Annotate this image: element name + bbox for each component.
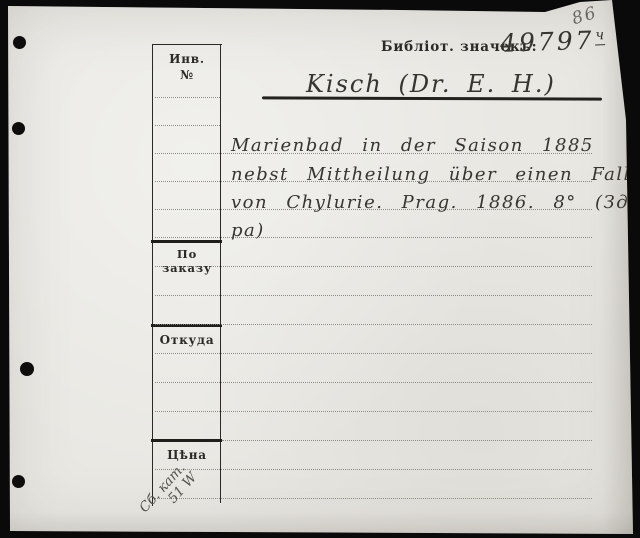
column-right-border: [220, 44, 221, 503]
ruled-line: [155, 411, 592, 412]
entry-line: ра): [231, 220, 265, 241]
column-divider: [151, 439, 222, 442]
ruled-line: [155, 125, 220, 126]
ruled-line: [155, 181, 592, 182]
entry-line: Marienbad in der Saison 1885: [231, 135, 594, 156]
origin-label: Откуда: [152, 333, 222, 347]
catalog-card: Инв. № По заказу Откуда Цѣна Библіот. зн…: [0, 0, 640, 538]
column-divider: [151, 324, 222, 327]
column-top-border: [152, 44, 222, 45]
scan-background: Инв. № По заказу Откуда Цѣна Библіот. зн…: [0, 0, 640, 538]
shelf-annotation: Сб. кат. 51 W: [137, 460, 200, 526]
column-left-border: [152, 44, 153, 506]
column-divider: [151, 240, 222, 243]
ruled-line: [155, 498, 592, 499]
ruled-line: [155, 237, 592, 238]
ruled-line: [155, 295, 592, 296]
punch-hole: [20, 362, 34, 376]
entry-line: von Chylurie. Prag. 1886. 8° (Здекауэ-: [231, 192, 640, 213]
ruled-line: [155, 266, 592, 267]
inventory-number-sign: №: [152, 68, 222, 82]
ruled-line: [155, 353, 592, 354]
catalog-number-superscript: ч: [594, 27, 605, 45]
entry-line: nebst Mittheilung über einen Fall: [231, 164, 631, 185]
catalog-number-digits: 49797: [500, 26, 595, 58]
inventory-number-label: Инв.: [152, 52, 222, 66]
punch-hole: [12, 475, 25, 488]
punch-hole: [13, 36, 26, 49]
price-label: Цѣна: [152, 448, 222, 462]
ruled-line: [155, 382, 592, 383]
ruled-line: [155, 97, 220, 98]
shelf-annotation-line: 51 W: [166, 470, 201, 506]
ruled-line: [155, 153, 592, 154]
ruled-line: [155, 469, 592, 470]
ruled-line: [222, 440, 592, 441]
by-order-label: По заказу: [152, 247, 222, 275]
ruled-line: [155, 209, 592, 210]
ruled-line: [155, 324, 592, 325]
library-mark-label: Библіот. значекъ:: [381, 39, 537, 55]
page-corner-number: 86: [570, 3, 600, 29]
catalog-number: 49797ч: [500, 25, 606, 58]
punch-hole: [12, 122, 25, 135]
author-heading: Kisch (Dr. E. H.): [306, 70, 556, 98]
heading-underline: [262, 96, 602, 100]
shelf-annotation-line: Сб. кат.: [137, 460, 189, 516]
